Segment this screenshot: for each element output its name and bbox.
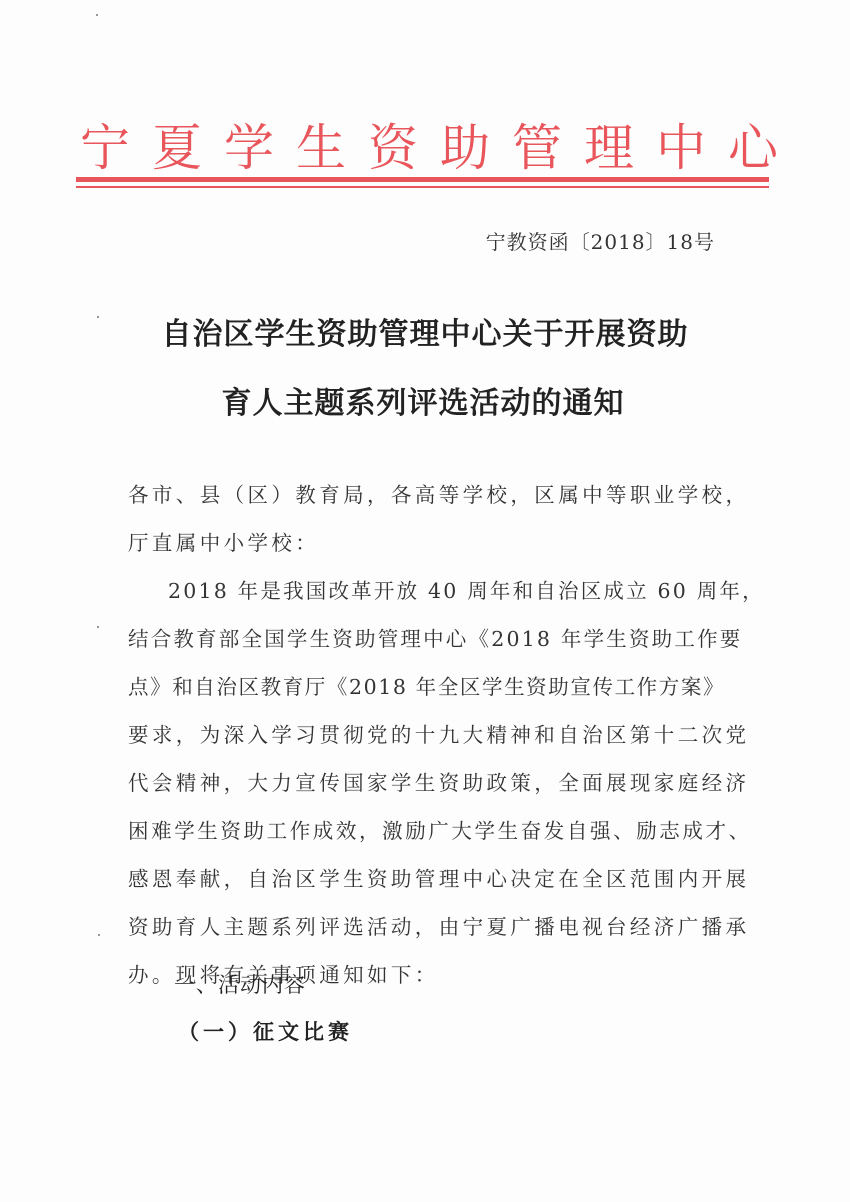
scan-speck xyxy=(97,626,99,628)
section-heading: 一、活动内容 xyxy=(174,969,306,999)
letterhead-rule-thick xyxy=(76,177,769,182)
body-paragraph-line: 结合教育部全国学生资助管理中心《2018 年学生资助工作要 xyxy=(128,624,743,654)
body-paragraph-line: 代会精神，大力宣传国家学生资助政策，全面展现家庭经济 xyxy=(128,768,743,798)
body-paragraph-line: 感恩奉献，自治区学生资助管理中心决定在全区范围内开展 xyxy=(128,864,743,894)
body-paragraph-line: 要求，为深入学习贯彻党的十九大精神和自治区第十二次党 xyxy=(128,720,743,750)
document-title-line-1: 自治区学生资助管理中心关于开展资助 xyxy=(0,309,850,353)
document-number: 宁教资函〔2018〕18号 xyxy=(486,226,715,255)
scan-speck xyxy=(96,14,98,16)
body-paragraph-line: 2018 年是我国改革开放 40 周年和自治区成立 60 周年， xyxy=(168,576,783,606)
letterhead-rule-thin xyxy=(76,186,769,188)
body-paragraph-line: 困难学生资助工作成效，激励广大学生奋发自强、励志成才、 xyxy=(128,816,743,846)
subsection-heading: （一）征文比赛 xyxy=(178,1016,353,1046)
letterhead-organization: 宁夏学生资助管理中心 xyxy=(80,118,780,178)
scan-speck xyxy=(98,934,100,936)
body-paragraph-line: 点》和自治区教育厅《2018 年全区学生资助宣传工作方案》 xyxy=(128,672,743,702)
document-page: 宁夏学生资助管理中心 宁教资函〔2018〕18号 自治区学生资助管理中心关于开展… xyxy=(0,0,850,1202)
scan-speck xyxy=(97,316,99,318)
body-paragraph-line: 资助育人主题系列评选活动，由宁夏广播电视台经济广播承 xyxy=(128,912,743,942)
addressee-line-1: 各市、县（区）教育局，各高等学校，区属中等职业学校， xyxy=(128,480,743,510)
document-title-line-2: 育人主题系列评选活动的通知 xyxy=(0,378,848,422)
addressee-line-2: 厅直属中小学校： xyxy=(128,528,743,558)
